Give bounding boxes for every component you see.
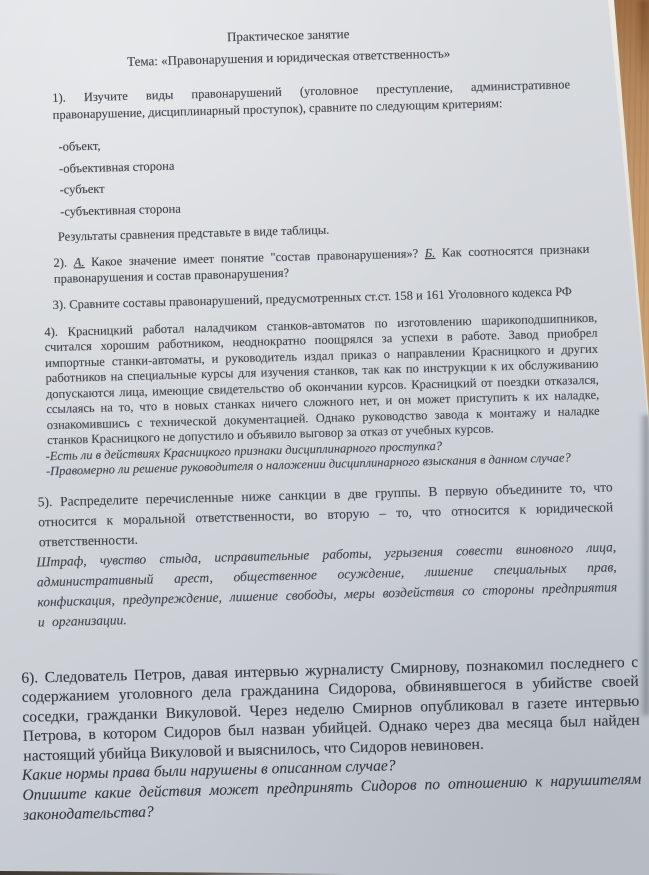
task-4-text: 4). Красницкий работал наладчиком станко… [44,310,600,448]
photo-scene: Практическое занятие Тема: «Правонарушен… [0,0,649,875]
task-2-label-b: Б. [425,246,436,260]
criteria-list: -объект, -объективная сторона -субъект -… [58,122,643,223]
task-2-number: 2). [53,256,67,270]
desk-corner [600,0,649,445]
task-5-sanctions-list: Штраф, чувство стыда, исправительные раб… [36,537,618,632]
document-content: Практическое занятие Тема: «Правонарушен… [0,0,649,826]
paper-edge-shadow [639,415,649,715]
task-1-text: 1). Изучите виды правонарушений (уголовн… [52,77,571,125]
task-3-text: 3). Сравните составы правонарушений, пре… [52,284,605,314]
desk-wood-surface [600,0,649,445]
task-2-label-a: А. [74,255,85,269]
task-2-text: 2). А. Какое значение имеет понятие "сос… [53,242,590,287]
document-header: Практическое занятие Тема: «Правонарушен… [19,18,557,76]
desk-wood-dark-streak [639,0,649,90]
task-6-text: 6). Следователь Петров, давая интервью ж… [21,652,640,766]
